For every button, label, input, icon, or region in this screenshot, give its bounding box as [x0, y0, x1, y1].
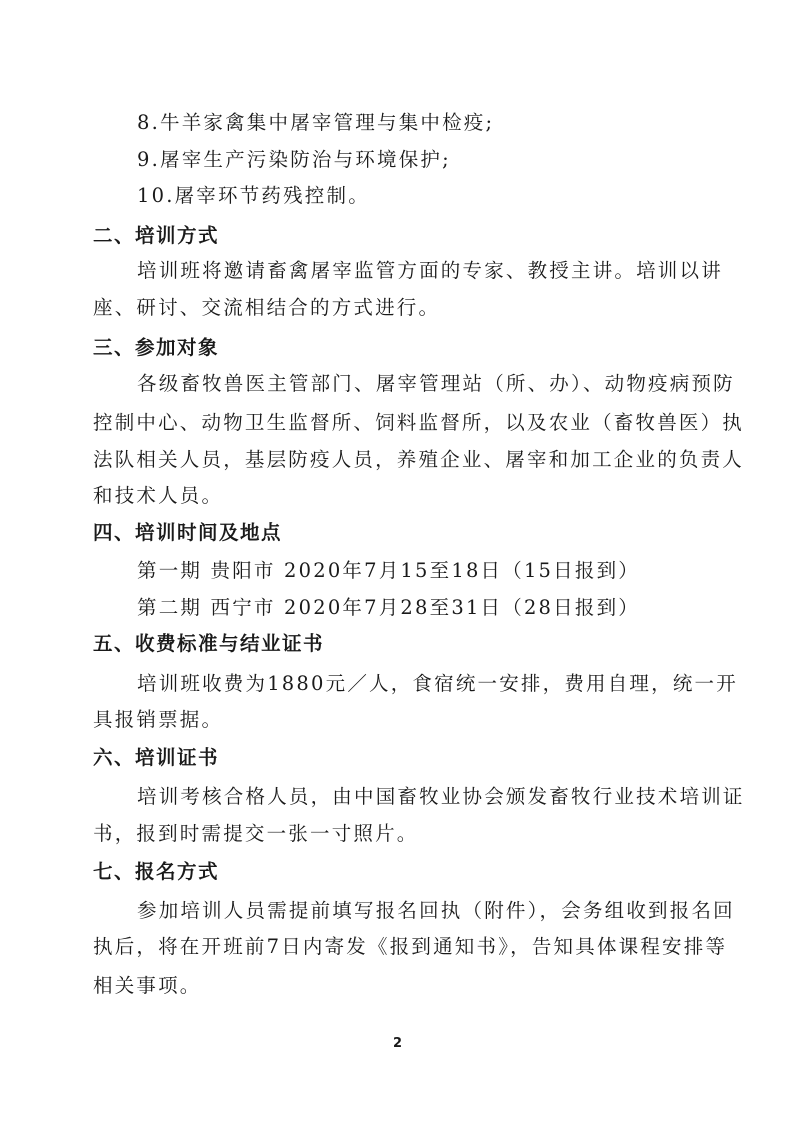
list-item-10: 10.屠宰环节药残控制。: [137, 184, 370, 208]
paragraph-line: 执后，将在开班前7日内寄发《报到通知书》，告知具体课程安排等: [93, 935, 727, 959]
paragraph-line: 各级畜牧兽医主管部门、屠宰管理站（所、办）、动物疫病预防: [137, 372, 735, 396]
paragraph-line: 培训考核合格人员，由中国畜牧业协会颁发畜牧行业技术培训证: [137, 785, 745, 809]
page-number: 2: [393, 1036, 402, 1051]
section-heading-time-location: 四、培训时间及地点: [93, 521, 282, 545]
paragraph-line: 书，报到时需提交一张一寸照片。: [93, 822, 419, 846]
paragraph-line: 座、研讨、交流相结合的方式进行。: [93, 296, 440, 320]
section-heading-fees: 五、收费标准与结业证书: [93, 632, 324, 656]
section-heading-training-method: 二、培训方式: [93, 224, 219, 248]
list-item-9: 9.屠宰生产污染防治与环境保护;: [137, 148, 451, 172]
paragraph-line: 和技术人员。: [93, 484, 223, 508]
session-line-2: 第二期 西宁市 2020年7月28至31日（28日报到）: [137, 596, 640, 620]
paragraph-line: 培训班将邀请畜禽屠宰监管方面的专家、教授主讲。培训以讲: [137, 259, 723, 283]
paragraph-line: 具报销票据。: [93, 708, 223, 732]
section-heading-participants: 三、参加对象: [93, 336, 219, 360]
section-heading-certificate: 六、培训证书: [93, 746, 219, 770]
session-line-1: 第一期 贵阳市 2020年7月15至18日（15日报到）: [137, 559, 640, 583]
paragraph-line: 相关事项。: [93, 974, 202, 998]
document-page: 8.牛羊家禽集中屠宰管理与集中检疫; 9.屠宰生产污染防治与环境保护; 10.屠…: [0, 0, 800, 1131]
paragraph-line: 参加培训人员需提前填写报名回执（附件），会务组收到报名回: [137, 899, 735, 923]
list-item-8: 8.牛羊家禽集中屠宰管理与集中检疫;: [137, 111, 494, 135]
paragraph-line: 培训班收费为1880元／人，食宿统一安排，费用自理，统一开: [137, 672, 738, 696]
section-heading-registration: 七、报名方式: [93, 860, 219, 884]
paragraph-line: 法队相关人员，基层防疫人员，养殖企业、屠宰和加工企业的负责人: [93, 448, 744, 472]
paragraph-line: 控制中心、动物卫生监督所、饲料监督所，以及农业（畜牧兽医）执: [93, 411, 744, 435]
